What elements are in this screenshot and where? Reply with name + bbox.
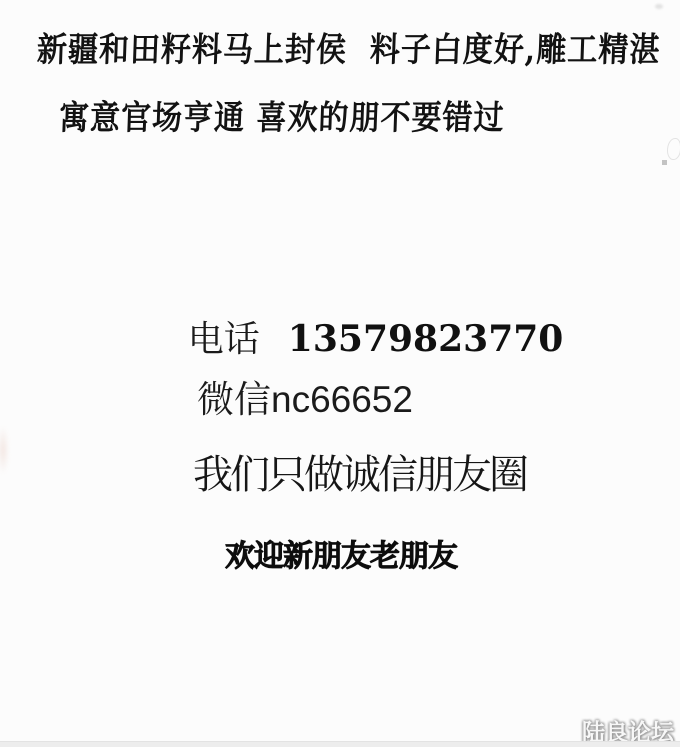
calligraphy-headline-line1: 新疆和田籽料马上封侯 料子白度好,雕工精湛 [36, 22, 661, 71]
slogan-text: 我们只做诚信朋友圈 [193, 443, 526, 500]
welcome-text: 欢迎新朋友老朋友 [225, 531, 457, 575]
bottom-edge-strip [0, 741, 680, 747]
calligraphy-headline-line2: 寓意官场亨通 喜欢的朋不要错过 [58, 90, 505, 139]
promo-image: 新疆和田籽料马上封侯 料子白度好,雕工精湛 寓意官场亨通 喜欢的朋不要错过 电话… [0, 0, 680, 747]
artifact-smudge [0, 425, 9, 475]
phone-number: 13579823770 [288, 318, 564, 360]
artifact-speck [662, 160, 667, 165]
wechat-id: 微信nc66652 [197, 369, 413, 423]
phone-label: 电话 [188, 311, 260, 362]
artifact-speck [667, 138, 680, 160]
phone-row: 电话13579823770 [170, 293, 563, 380]
artifact-speck [655, 4, 663, 9]
